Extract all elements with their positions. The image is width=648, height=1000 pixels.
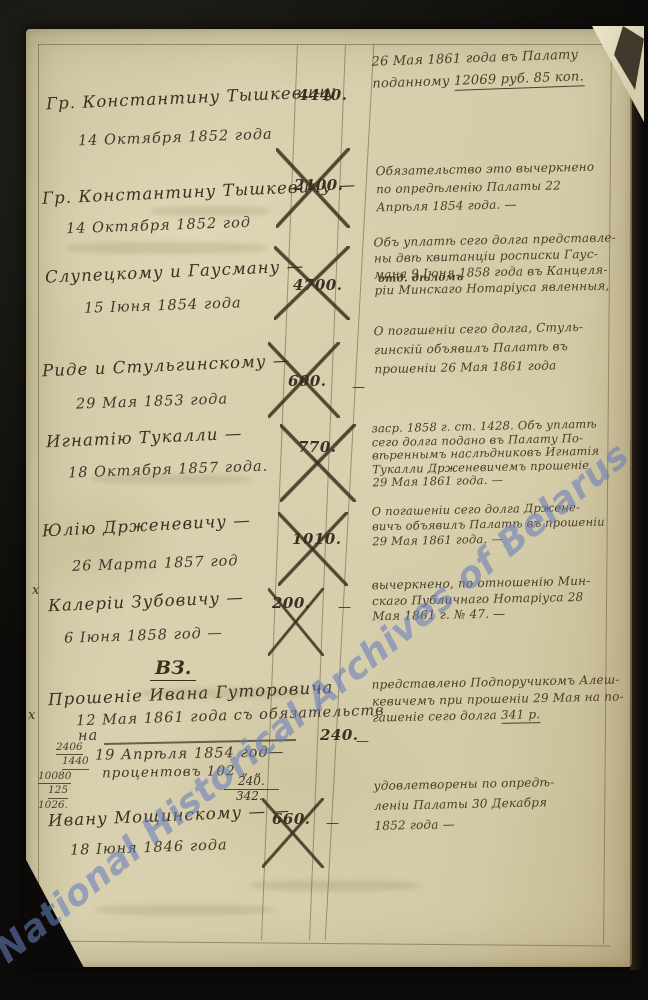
entry-note: Обязательство это вычеркнено по опредѣле… (375, 158, 595, 217)
page-edge-highlight (627, 60, 631, 440)
header-note: 26 Мая 1861 года въ Палату поданному 120… (371, 44, 584, 95)
ink-bleed-ghost (250, 880, 420, 891)
margin-calc-line: 2406 (56, 741, 83, 755)
column-sum-total: 342. (236, 789, 263, 803)
note-text: поданному (372, 74, 454, 92)
strike-x-mark (278, 512, 348, 586)
ditto-dash: — (356, 734, 369, 749)
margin-calculation: 2406 1440 10080 125 1026. (38, 741, 89, 812)
entry-note: удовлетворены по опредѣ- леніи Палаты 30… (373, 772, 555, 836)
strike-x-mark (268, 588, 324, 656)
entry-amount: 4440. (298, 86, 347, 104)
book-binding-edge (630, 26, 648, 970)
ditto-dash: — (352, 380, 365, 395)
margin-x-mark: x (32, 583, 39, 598)
strike-x-mark (268, 342, 340, 418)
underlined-sum: 341 р. (501, 707, 541, 724)
ink-bleed-ghost (150, 206, 270, 216)
margin-calc-line: 125 (48, 784, 68, 798)
entry-note: представлено Подпоручикомъ Алеш- кевичем… (372, 671, 625, 726)
ditto-dash: — (326, 816, 339, 831)
strike-x-mark (274, 246, 350, 320)
underlined-sum: 12069 руб. 85 коп. (454, 69, 584, 91)
ditto-dash: — (338, 600, 351, 615)
section-mark: ВЗ. (150, 657, 196, 681)
archival-photo-background: Гр. Константину Тышкевичу 14 Октября 185… (0, 0, 648, 1000)
strike-x-mark (280, 424, 356, 502)
note-line: 1852 года — (374, 812, 555, 836)
margin-calc-line: 1440 (62, 755, 89, 769)
margin-x-mark: x (28, 708, 35, 723)
interlinear-insertion: отд. дѣломъ (378, 271, 464, 285)
entry-note: Объ уплатѣ сего долга представле- ны двѣ… (373, 229, 617, 298)
strike-x-mark (276, 148, 350, 228)
strike-x-mark (262, 798, 324, 868)
ink-bleed-ghost (95, 905, 275, 915)
note-line: леніи Палаты 30 Декабря (374, 792, 555, 816)
ink-bleed-ghost (66, 242, 266, 254)
entry-note: О погашеніи сего долга, Стуль- гинскій о… (373, 318, 584, 379)
table-border-top (38, 44, 612, 45)
margin-calc-line: 10080 (38, 770, 71, 784)
entry-amount: 240. (320, 726, 359, 744)
note-text: гашеніе сего долга (372, 708, 501, 725)
